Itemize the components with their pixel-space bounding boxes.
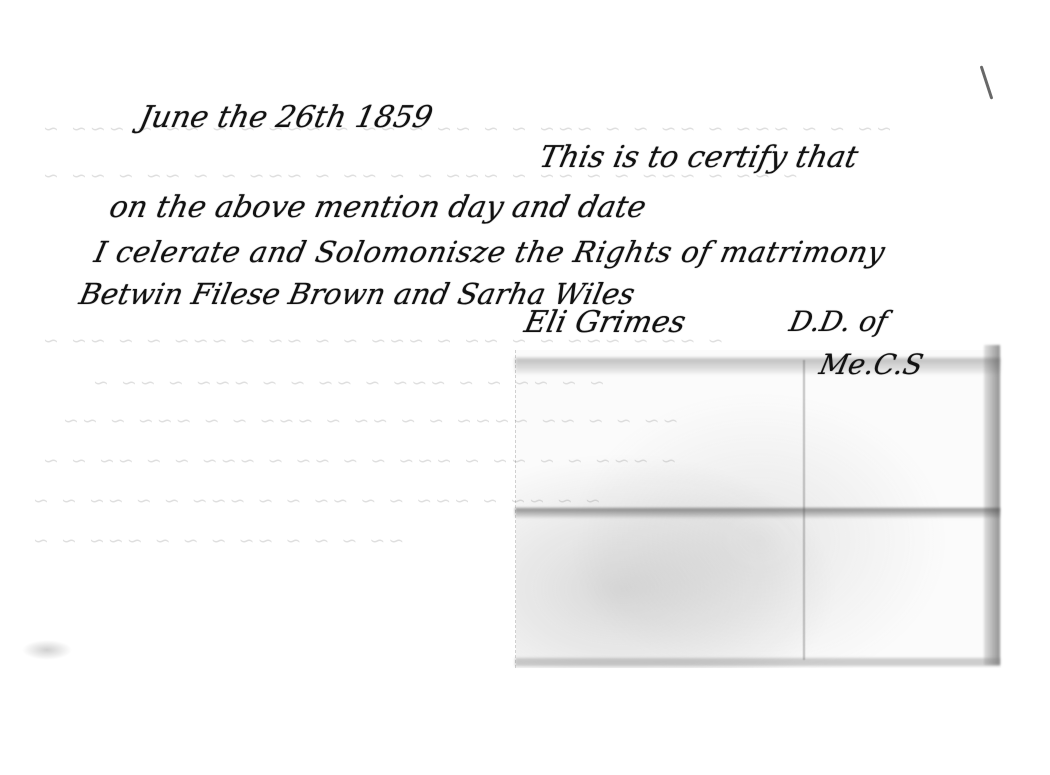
smudge xyxy=(22,640,72,660)
body-line: on the above mention day and date xyxy=(106,190,649,225)
certify-line: This is to certify that xyxy=(536,140,861,175)
stain-edge xyxy=(515,658,1000,666)
document-page: ~~ ~ ~ ~~~ ~ ~~ ~ ~ ~~~ ~ ~ ~~ ~ ~~ ~ ~~… xyxy=(0,0,1050,775)
stain-fold-line xyxy=(803,360,805,660)
stain-fold-line xyxy=(515,508,1000,518)
date-line: June the 26th 1859 xyxy=(136,100,436,135)
officiant-affiliation: Me.C.S xyxy=(816,348,926,381)
stain-edge xyxy=(984,345,1000,665)
body-line: I celerate and Solomonisze the Rights of… xyxy=(91,235,888,269)
officiant-title: D.D. of xyxy=(786,305,890,338)
bleed-through-line: ~~ ~ ~ ~ ~~ ~ ~ ~ ~~~ ~ ~ xyxy=(30,530,404,552)
officiant-signature: Eli Grimes xyxy=(521,305,689,340)
stain-fold-line xyxy=(515,358,1000,374)
